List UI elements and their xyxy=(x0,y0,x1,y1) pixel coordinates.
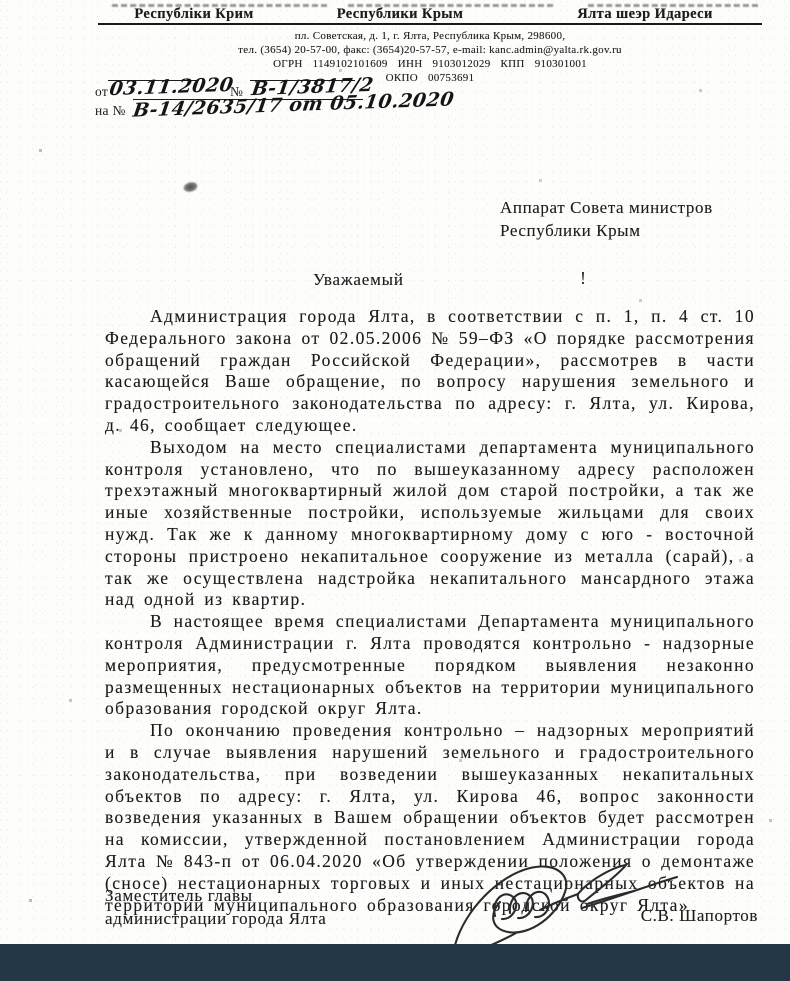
org-name-ukrainian: Республіки Крим xyxy=(134,6,253,23)
ref-reply-handwritten: В-14/2635/17 от 05.10.2020 xyxy=(134,94,453,116)
signer-position-line: администрации города Ялта xyxy=(105,907,327,930)
org-name-crimean-tatar: Ялта шеэр Идареси xyxy=(577,6,713,23)
body-paragraph: Выходом на место специалистами департаме… xyxy=(105,437,755,611)
recipient-block: Аппарат Совета министров Республики Крым xyxy=(500,196,713,242)
org-name-russian: Республики Крым xyxy=(337,6,464,23)
bottom-dark-bar xyxy=(0,944,790,981)
recipient-line: Республики Крым xyxy=(500,219,713,242)
recipient-line: Аппарат Совета министров xyxy=(500,196,713,219)
body-paragraph: Администрация города Ялта, в соответстви… xyxy=(105,306,755,437)
contact-line: тел. (3654) 20-57-00, факс: (3654)20-57-… xyxy=(70,43,790,57)
body-paragraph: В настоящее время специалистами Департам… xyxy=(105,611,755,720)
signer-name: С.В. Шапортов xyxy=(600,906,758,926)
header-divider-rule xyxy=(98,23,762,25)
scan-noise-speckles xyxy=(0,0,1,1)
ref-reply-label: на № xyxy=(95,103,126,119)
scanned-letter-page: Республіки Крим Республики Крым Ялта шеэ… xyxy=(0,0,790,981)
scan-smudge xyxy=(182,180,199,194)
signer-position: Заместитель главы администрации города Я… xyxy=(105,884,327,930)
salutation-punctuation: ! xyxy=(580,268,586,289)
signer-position-line: Заместитель главы xyxy=(105,884,327,907)
letter-body: Администрация города Ялта, в соответстви… xyxy=(105,306,755,916)
address-line: пл. Советская, д. 1, г. Ялта, Республика… xyxy=(70,29,790,43)
salutation: Уважаемый xyxy=(313,270,404,290)
handwritten-signature xyxy=(430,840,680,952)
ref-from-label: от xyxy=(95,84,108,100)
registration-numbers-line: ОГРН 1149102101609 ИНН 9103012029 КПП 91… xyxy=(70,57,790,71)
